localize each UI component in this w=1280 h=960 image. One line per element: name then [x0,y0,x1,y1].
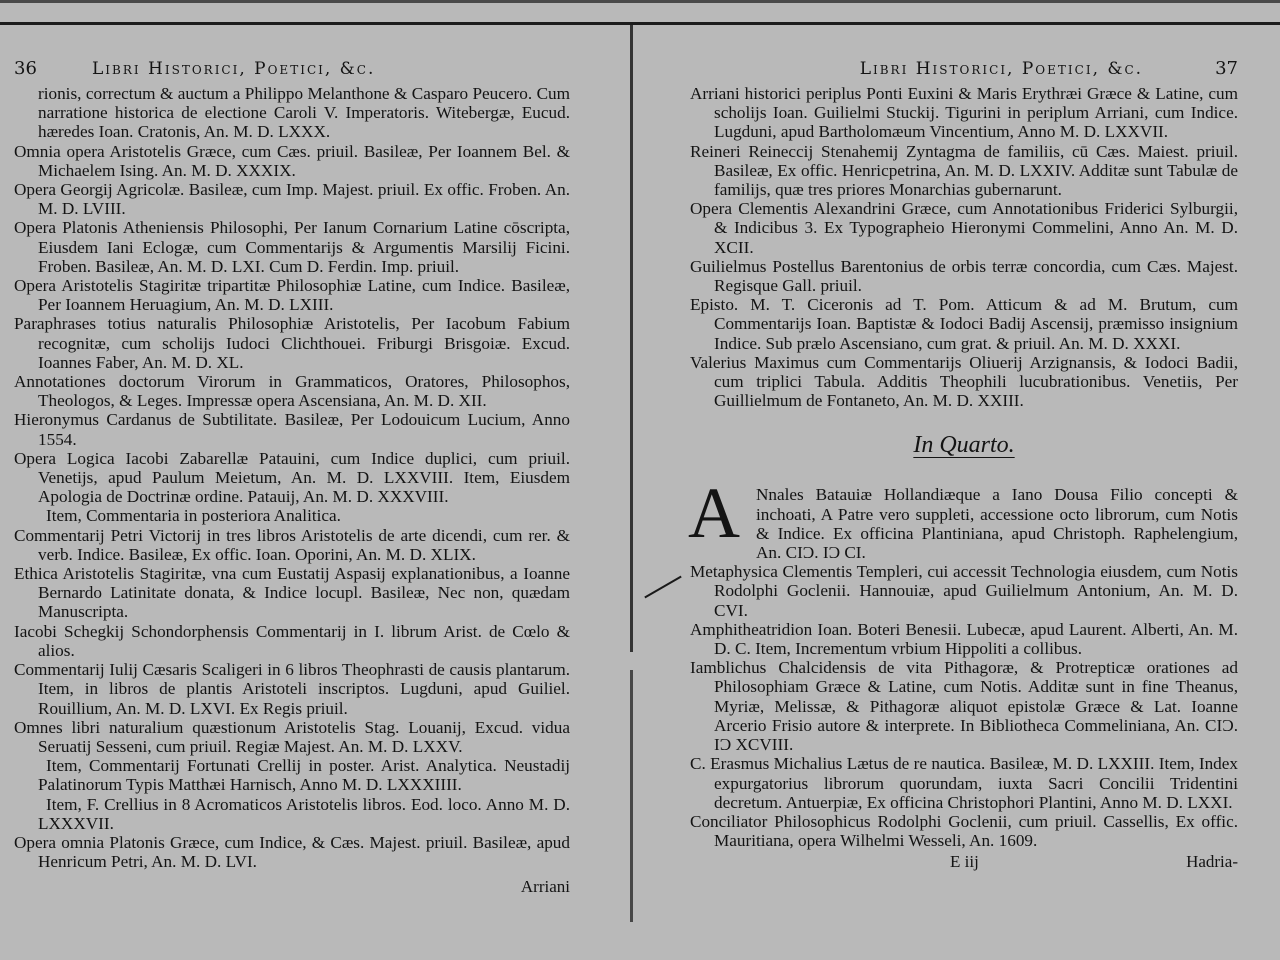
dropcap-letter: A [688,481,740,545]
catalog-entry: Episto. M. T. Ciceronis ad T. Pom. Attic… [690,295,1238,353]
catalog-entry: Opera Logica Iacobi Zabarellæ Patauini, … [14,449,570,507]
catalog-entry: Paraphrases totius naturalis Philosophiæ… [14,314,570,372]
catalog-entry-list: Arriani historici periplus Ponti Euxini … [690,84,1238,410]
catalog-entry: Item, Commentarij Fortunati Crellij in p… [14,756,570,794]
right-page: Libri Historici, Poetici, &c. 37 Arriani… [690,58,1238,872]
catalog-entry: Annotationes doctorum Virorum in Grammat… [14,372,570,410]
catalog-entry: Opera Clementis Alexandrini Græce, cum A… [690,199,1238,257]
handwritten-margin-mark [644,576,681,599]
catalog-entry: Opera Aristotelis Stagiritæ tripartitæ P… [14,276,570,314]
catalog-entry: Item, Commentaria in posteriora Analitic… [14,506,570,525]
catalog-entry-list: Metaphysica Clementis Templeri, cui acce… [690,562,1238,850]
catchword: Arriani [14,877,570,897]
catalog-entry: C. Erasmus Michalius Lætus de re nautica… [690,754,1238,812]
signature-mark: E iij [950,852,979,872]
catalog-entry: Item, F. Crellius in 8 Acromaticos Arist… [14,795,570,833]
catalog-entry: Opera Georgij Agricolæ. Basileæ, cum Imp… [14,180,570,218]
catalog-entry: Opera Platonis Atheniensis Philosophi, P… [14,218,570,276]
page-number: 36 [14,58,92,79]
catalog-entry: Amphitheatridion Ioan. Boteri Benesii. L… [690,620,1238,658]
catalog-entry: Commentarij Iulij Cæsaris Scaligeri in 6… [14,660,570,718]
catalog-entry: Iacobi Schegkij Schondorphensis Commenta… [14,622,570,660]
catalog-entry: Metaphysica Clementis Templeri, cui acce… [690,562,1238,620]
left-page: 36 Libri Historici, Poetici, &c. rionis,… [14,58,570,897]
catalog-entry: Opera omnia Platonis Græce, cum Indice, … [14,833,570,871]
catalog-entry: Valerius Maximus cum Commentarijs Oliuer… [690,353,1238,411]
catalog-entry: Omnia opera Aristotelis Græce, cum Cæs. … [14,142,570,180]
catchword: Hadria- [1186,852,1238,872]
catalog-entry: rionis, correctum & auctum a Philippo Me… [14,84,570,142]
dropcap-entry-block: A Nnales Batauiæ Hollandiæque a Iano Dou… [690,485,1238,562]
page-gutter-divider [630,22,633,922]
catalog-entry: Arriani historici periplus Ponti Euxini … [690,84,1238,142]
top-edge-strip [0,0,1280,3]
top-border-rule [0,22,1280,25]
catalog-entry: Hieronymus Cardanus de Subtilitate. Basi… [14,410,570,448]
catalog-entry: Reineri Reineccij Stenahemij Zyntagma de… [690,142,1238,200]
catalog-entry-list: rionis, correctum & auctum a Philippo Me… [14,84,570,871]
running-head-title: Libri Historici, Poetici, &c. [860,59,1143,79]
running-header: Libri Historici, Poetici, &c. 37 [690,58,1238,84]
running-header: 36 Libri Historici, Poetici, &c. [14,58,570,84]
running-head-title: Libri Historici, Poetici, &c. [92,59,375,79]
catalog-entry: Ethica Aristotelis Stagiritæ, vna cum Eu… [14,564,570,622]
catalog-entry: Omnes libri naturalium quæstionum Aristo… [14,718,570,756]
catalog-entry: Iamblichus Chalcidensis de vita Pithagor… [690,658,1238,754]
section-heading: In Quarto. [690,432,1238,459]
catalog-entry: Guilielmus Postellus Barentonius de orbi… [690,257,1238,295]
catalog-entry: Nnales Batauiæ Hollandiæque a Iano Dousa… [690,485,1238,562]
catalog-entry: Commentarij Petri Victorij in tres libro… [14,526,570,564]
catalog-entry: Conciliator Philosophicus Rodolphi Gocle… [690,812,1238,850]
page-footer: E iij Hadria- [690,852,1238,872]
page-number: 37 [1215,58,1238,79]
